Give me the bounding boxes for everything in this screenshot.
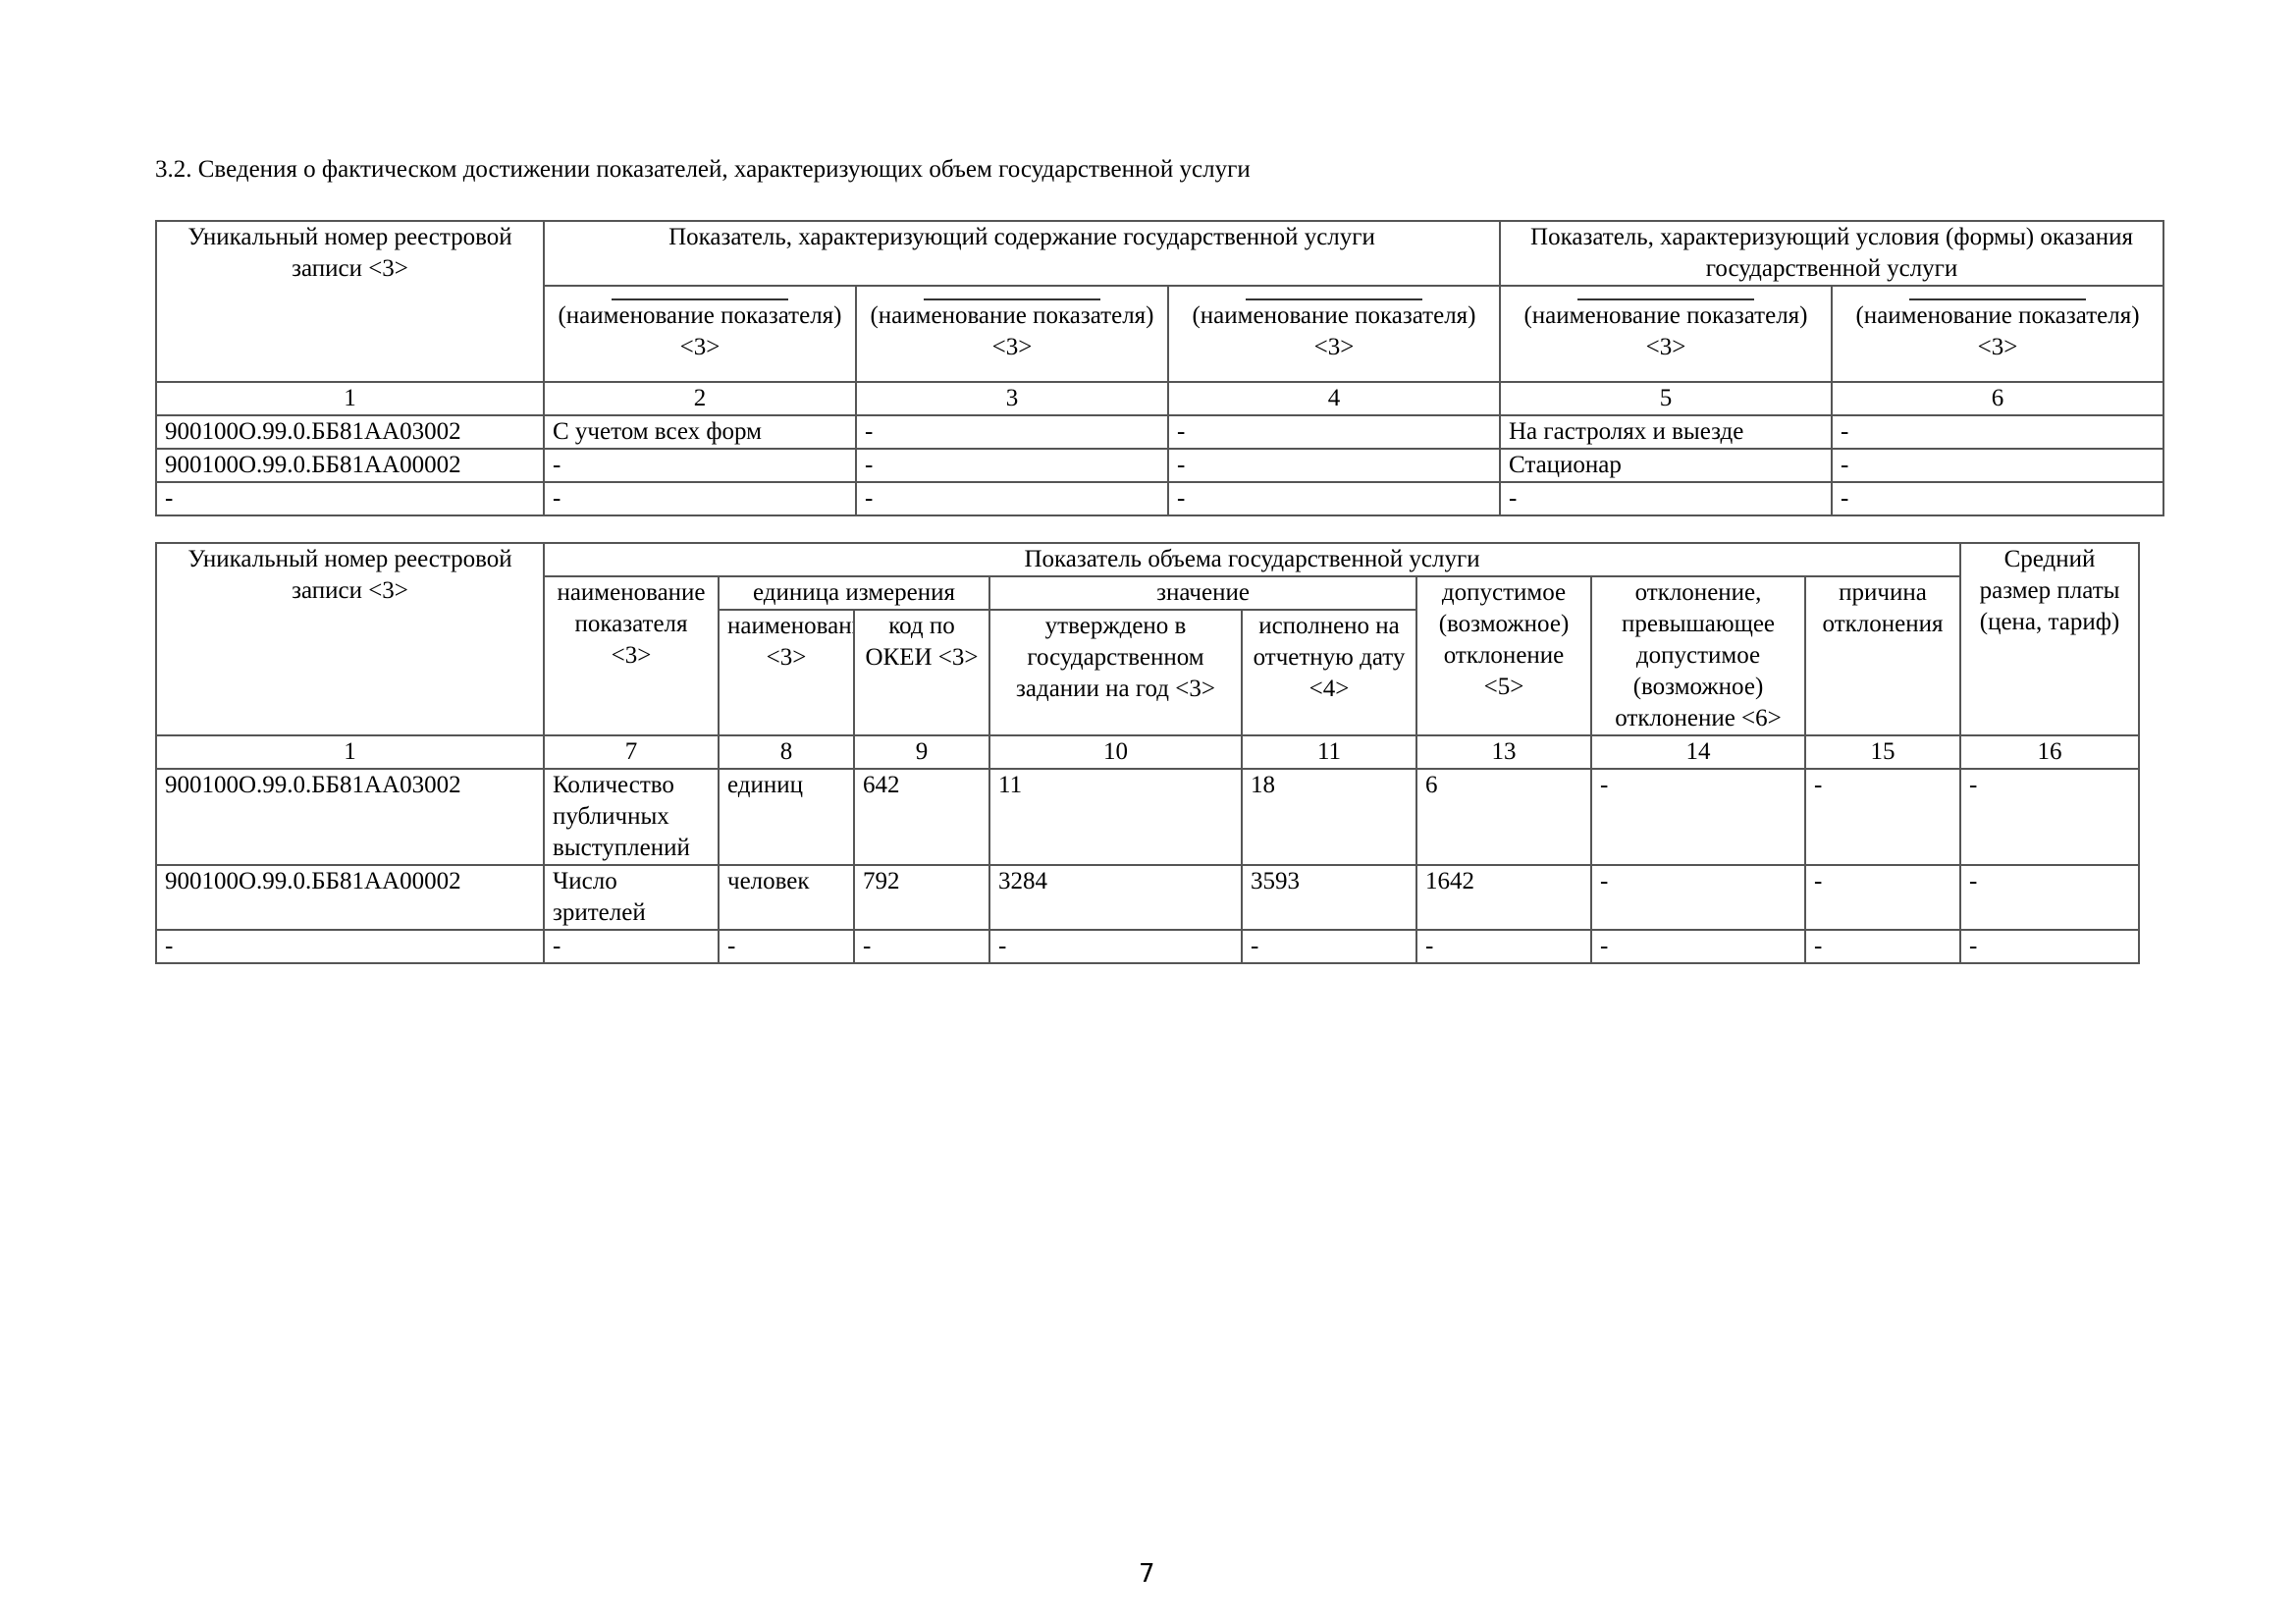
cell: - (544, 449, 856, 482)
column-number-row: 1 7 8 9 10 11 13 14 15 16 (156, 735, 2139, 769)
column-number: 5 (1500, 382, 1832, 415)
table-row: - - - - - - (156, 482, 2163, 515)
cell: - (1168, 482, 1500, 515)
indicator-name-header: (наименование показателя) <3> (856, 286, 1168, 382)
table-row: 900100О.99.0.ББ81АА03002 С учетом всех ф… (156, 415, 2163, 449)
allowed-deviation-header: допустимое (возможное) отклонение <5> (1416, 576, 1591, 735)
blank-line (612, 298, 788, 300)
cell: 900100О.99.0.ББ81АА03002 (156, 415, 544, 449)
cell: - (1832, 415, 2163, 449)
column-number: 8 (719, 735, 854, 769)
content-indicator-group-header: Показатель, характеризующий содержание г… (544, 221, 1500, 286)
column-number: 4 (1168, 382, 1500, 415)
volume-indicator-group-header: Показатель объема государственной услуги (544, 543, 1960, 576)
column-number: 13 (1416, 735, 1591, 769)
content-indicators-table: Уникальный номер реестровой записи <3> П… (155, 220, 2164, 516)
cell: единиц (719, 769, 854, 865)
cell: - (989, 930, 1242, 963)
section-title: 3.2. Сведения о фактическом достижении п… (155, 155, 1251, 185)
cell: человек (719, 865, 854, 930)
cell: 3593 (1242, 865, 1416, 930)
cell: 6 (1416, 769, 1591, 865)
approved-value-header: утверждено в государственном задании на … (989, 610, 1242, 735)
cell: - (1832, 482, 2163, 515)
cell: - (1591, 865, 1805, 930)
blank-line (1246, 298, 1422, 300)
registry-number-header: Уникальный номер реестровой записи <3> (156, 221, 544, 382)
cell: - (1832, 449, 2163, 482)
column-number: 9 (854, 735, 989, 769)
executed-value-header: исполнено на отчетную дату <4> (1242, 610, 1416, 735)
unit-name-header: наименование <3> (719, 610, 854, 735)
cell: - (856, 449, 1168, 482)
cell: - (544, 930, 719, 963)
column-number: 7 (544, 735, 719, 769)
conditions-indicator-group-header: Показатель, характеризующий условия (фор… (1500, 221, 2163, 286)
cell: - (1960, 769, 2139, 865)
cell: На гастролях и выезде (1500, 415, 1832, 449)
column-number: 15 (1805, 735, 1960, 769)
cell: - (156, 482, 544, 515)
column-number: 6 (1832, 382, 2163, 415)
column-number-row: 1 2 3 4 5 6 (156, 382, 2163, 415)
avg-fee-header: Средний размер платы (цена, тариф) (1960, 543, 2139, 735)
cell: - (1242, 930, 1416, 963)
cell: - (854, 930, 989, 963)
deviation-reason-header: причина отклонения (1805, 576, 1960, 735)
column-number: 16 (1960, 735, 2139, 769)
cell: 792 (854, 865, 989, 930)
cell: - (719, 930, 854, 963)
cell: - (1168, 449, 1500, 482)
column-number: 11 (1242, 735, 1416, 769)
volume-indicators-table: Уникальный номер реестровой записи <3> П… (155, 542, 2140, 964)
table-row: - - - - - - - - - - (156, 930, 2139, 963)
table-row: 900100О.99.0.ББ81АА00002 - - - Стационар… (156, 449, 2163, 482)
cell: 11 (989, 769, 1242, 865)
cell: - (1416, 930, 1591, 963)
cell: 3284 (989, 865, 1242, 930)
cell: С учетом всех форм (544, 415, 856, 449)
indicator-name-header: (наименование показателя) <3> (544, 286, 856, 382)
blank-line (924, 298, 1100, 300)
cell: Число зрителей (544, 865, 719, 930)
unit-code-header: код по ОКЕИ <3> (854, 610, 989, 735)
cell: - (1960, 865, 2139, 930)
column-number: 1 (156, 382, 544, 415)
cell: 900100О.99.0.ББ81АА00002 (156, 449, 544, 482)
cell: 18 (1242, 769, 1416, 865)
cell: 900100О.99.0.ББ81АА00002 (156, 865, 544, 930)
cell: - (156, 930, 544, 963)
cell: - (1960, 930, 2139, 963)
column-number: 3 (856, 382, 1168, 415)
cell: Стационар (1500, 449, 1832, 482)
cell: - (856, 415, 1168, 449)
unit-group-header: единица измерения (719, 576, 989, 610)
cell: - (1168, 415, 1500, 449)
cell: - (1805, 930, 1960, 963)
cell: - (544, 482, 856, 515)
cell: - (1805, 769, 1960, 865)
blank-line (1909, 298, 2086, 300)
table-row: 900100О.99.0.ББ81АА03002 Количество публ… (156, 769, 2139, 865)
column-number: 2 (544, 382, 856, 415)
cell: - (1500, 482, 1832, 515)
cell: - (1805, 865, 1960, 930)
indicator-name-header: (наименование показателя) <3> (1500, 286, 1832, 382)
value-group-header: значение (989, 576, 1416, 610)
indicator-name-header: (наименование показателя) <3> (1832, 286, 2163, 382)
blank-line (1577, 298, 1754, 300)
page-number: 7 (1139, 1559, 1155, 1589)
table-row: 900100О.99.0.ББ81АА00002 Число зрителей … (156, 865, 2139, 930)
indicator-name-header: (наименование показателя) <3> (1168, 286, 1500, 382)
cell: - (1591, 930, 1805, 963)
indicator-name-header: наименование показателя <3> (544, 576, 719, 735)
cell: 900100О.99.0.ББ81АА03002 (156, 769, 544, 865)
column-number: 1 (156, 735, 544, 769)
excess-deviation-header: отклонение, превышающее допустимое (возм… (1591, 576, 1805, 735)
cell: 642 (854, 769, 989, 865)
registry-number-header: Уникальный номер реестровой записи <3> (156, 543, 544, 735)
cell: 1642 (1416, 865, 1591, 930)
column-number: 14 (1591, 735, 1805, 769)
cell: - (1591, 769, 1805, 865)
cell: - (856, 482, 1168, 515)
cell: Количество публичных выступлений (544, 769, 719, 865)
column-number: 10 (989, 735, 1242, 769)
